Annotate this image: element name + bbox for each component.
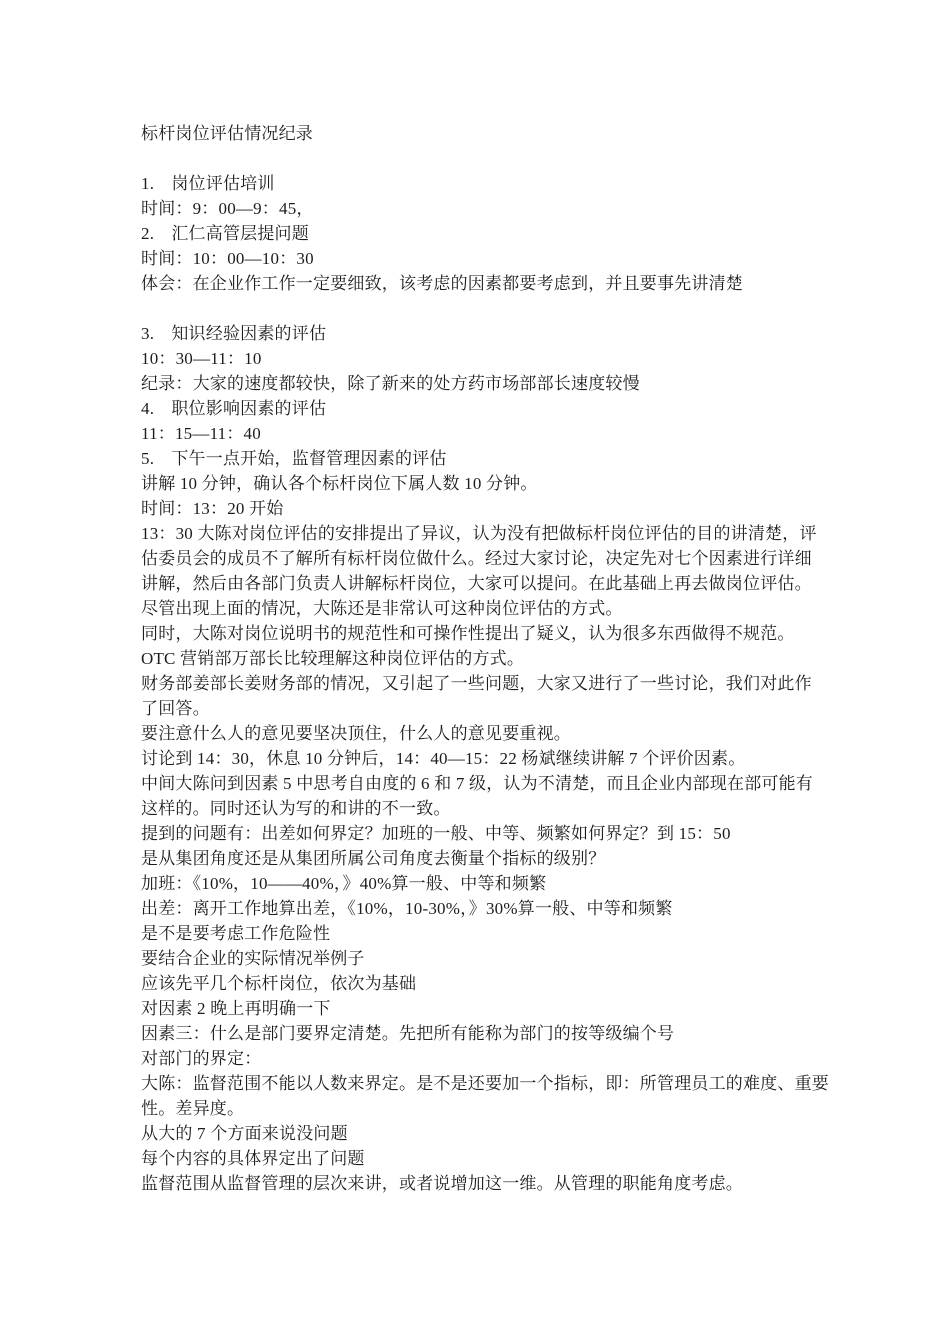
text-line: 从大的 7 个方面来说没问题 bbox=[141, 1121, 831, 1146]
document-page: 标杆岗位评估情况纪录1. 岗位评估培训时间：9：00—9：45，2. 汇仁高管层… bbox=[0, 0, 950, 1344]
text-line: 中间大陈问到因素 5 中思考自由度的 6 和 7 级，认为不清楚，而且企业内部现… bbox=[141, 771, 831, 796]
blank-line bbox=[141, 296, 831, 321]
text-line: 5. 下午一点开始，监督管理因素的评估 bbox=[141, 446, 831, 471]
text-line: 对因素 2 晚上再明确一下 bbox=[141, 996, 831, 1021]
text-line: 讨论到 14：30，休息 10 分钟后，14：40—15：22 杨斌继续讲解 7… bbox=[141, 746, 831, 771]
text-line: 体会：在企业作工作一定要细致，该考虑的因素都要考虑到，并且要事先讲清楚 bbox=[141, 271, 831, 296]
text-line: 估委员会的成员不了解所有标杆岗位做什么。经过大家讨论，决定先对七个因素进行详细 bbox=[141, 546, 831, 571]
text-line: 时间：13：20 开始 bbox=[141, 496, 831, 521]
text-line: 1. 岗位评估培训 bbox=[141, 171, 831, 196]
text-line: 10：30—11：10 bbox=[141, 346, 831, 371]
text-line: 纪录：大家的速度都较快，除了新来的处方药市场部部长速度较慢 bbox=[141, 371, 831, 396]
text-line: 出差：离开工作地算出差，《10%，10-30%，》30%算一般、中等和频繁 bbox=[141, 896, 831, 921]
document-title: 标杆岗位评估情况纪录 bbox=[141, 121, 831, 146]
text-line: 4. 职位影响因素的评估 bbox=[141, 396, 831, 421]
text-line: 性。差异度。 bbox=[141, 1096, 831, 1121]
text-line: 要注意什么人的意见要坚决顶住，什么人的意见要重视。 bbox=[141, 721, 831, 746]
text-line: 因素三：什么是部门要界定清楚。先把所有能称为部门的按等级编个号 bbox=[141, 1021, 831, 1046]
text-line: 大陈：监督范围不能以人数来界定。是不是还要加一个指标，即：所管理员工的难度、重要 bbox=[141, 1071, 831, 1096]
text-line: 讲解，然后由各部门负责人讲解标杆岗位，大家可以提问。在此基础上再去做岗位评估。 bbox=[141, 571, 831, 596]
text-line: 3. 知识经验因素的评估 bbox=[141, 321, 831, 346]
text-line: 是从集团角度还是从集团所属公司角度去衡量个指标的级别？ bbox=[141, 846, 831, 871]
text-line: 了回答。 bbox=[141, 696, 831, 721]
text-line: 对部门的界定： bbox=[141, 1046, 831, 1071]
text-line: 财务部姜部长姜财务部的情况，又引起了一些问题，大家又进行了一些讨论，我们对此作 bbox=[141, 671, 831, 696]
document-body: 标杆岗位评估情况纪录1. 岗位评估培训时间：9：00—9：45，2. 汇仁高管层… bbox=[141, 121, 831, 1196]
text-line: 尽管出现上面的情况，大陈还是非常认可这种岗位评估的方式。 bbox=[141, 596, 831, 621]
text-line: 监督范围从监督管理的层次来讲，或者说增加这一维。从管理的职能角度考虑。 bbox=[141, 1171, 831, 1196]
text-line: 是不是要考虑工作危险性 bbox=[141, 921, 831, 946]
text-line: 11：15—11：40 bbox=[141, 421, 831, 446]
text-line: 时间：9：00—9：45， bbox=[141, 196, 831, 221]
text-line: OTC 营销部万部长比较理解这种岗位评估的方式。 bbox=[141, 646, 831, 671]
text-line: 要结合企业的实际情况举例子 bbox=[141, 946, 831, 971]
text-line: 应该先平几个标杆岗位，依次为基础 bbox=[141, 971, 831, 996]
text-line: 讲解 10 分钟，确认各个标杆岗位下属人数 10 分钟。 bbox=[141, 471, 831, 496]
text-line: 加班：《10%，10——40%，》40%算一般、中等和频繁 bbox=[141, 871, 831, 896]
text-line: 这样的。同时还认为写的和讲的不一致。 bbox=[141, 796, 831, 821]
blank-line bbox=[141, 146, 831, 171]
text-line: 同时，大陈对岗位说明书的规范性和可操作性提出了疑义，认为很多东西做得不规范。 bbox=[141, 621, 831, 646]
text-line: 提到的问题有：出差如何界定？加班的一般、中等、频繁如何界定？到 15：50 bbox=[141, 821, 831, 846]
text-line: 2. 汇仁高管层提问题 bbox=[141, 221, 831, 246]
text-line: 13：30 大陈对岗位评估的安排提出了异议，认为没有把做标杆岗位评估的目的讲清楚… bbox=[141, 521, 831, 546]
text-line: 每个内容的具体界定出了问题 bbox=[141, 1146, 831, 1171]
text-line: 时间：10：00—10：30 bbox=[141, 246, 831, 271]
